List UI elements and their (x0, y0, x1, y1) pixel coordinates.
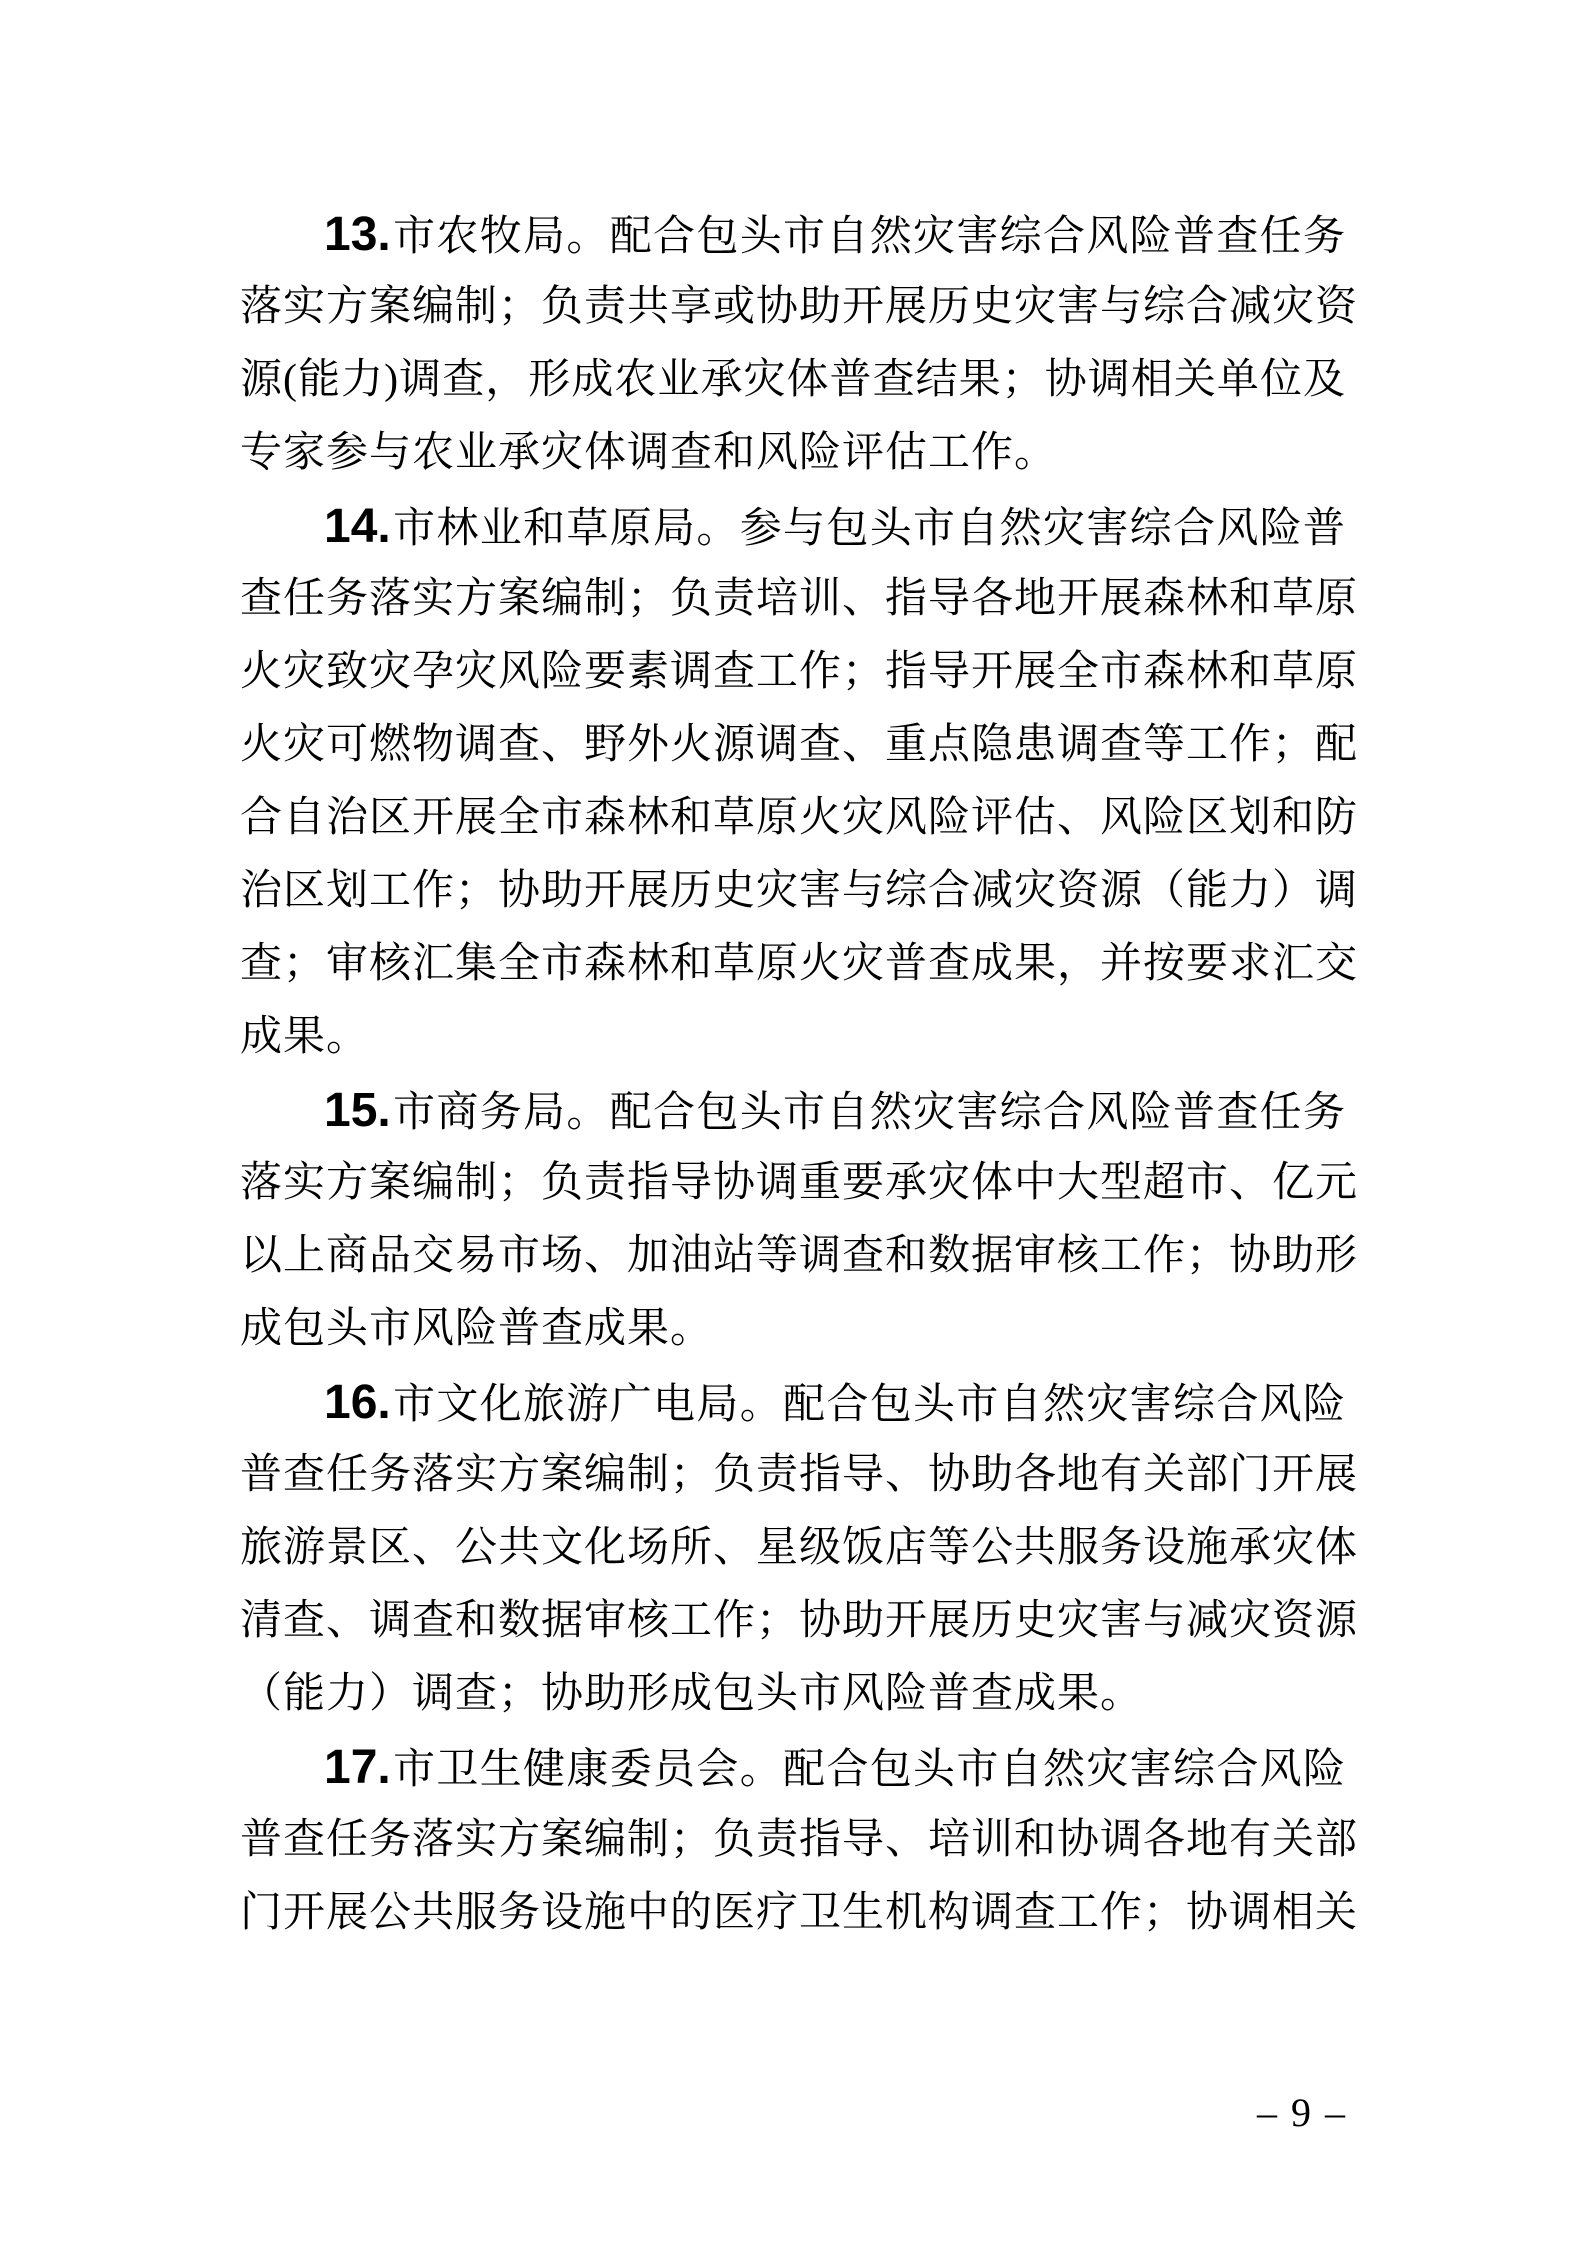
text-line: 落实方案编制；负责共享或协助开展历史灾害与综合减灾资 (240, 271, 1346, 344)
text-line: 普查任务落实方案编制；负责指导、协助各地有关部门开展 (240, 1439, 1346, 1512)
text-line: 成包头市风险普查成果。 (240, 1293, 1346, 1366)
text-line: （能力）调查；协助形成包头市风险普查成果。 (240, 1658, 1346, 1731)
text-line: 17.市卫生健康委员会。配合包头市自然灾害综合风险 (240, 1731, 1346, 1804)
paragraph-17: 17.市卫生健康委员会。配合包头市自然灾害综合风险 普查任务落实方案编制；负责指… (240, 1731, 1346, 1950)
page-number: – 9 – (1257, 2093, 1347, 2133)
document-page: 13.市农牧局。配合包头市自然灾害综合风险普查任务 落实方案编制；负责共享或协助… (0, 0, 1587, 2245)
text-line: 门开展公共服务设施中的医疗卫生机构调查工作；协调相关 (240, 1877, 1346, 1950)
text-segment: 市卫生健康委员会。配合包头市自然灾害综合风险 (393, 1747, 1346, 1793)
text-line: 16.市文化旅游广电局。配合包头市自然灾害综合风险 (240, 1366, 1346, 1439)
paragraph-number: 16. (324, 1376, 393, 1429)
text-line: 清查、调查和数据审核工作；协助开展历史灾害与减灾资源 (240, 1585, 1346, 1658)
text-line: 源(能力)调查，形成农业承灾体普查结果；协调相关单位及 (240, 344, 1346, 417)
paragraph-number: 14. (324, 500, 393, 553)
paragraph-13: 13.市农牧局。配合包头市自然灾害综合风险普查任务 落实方案编制；负责共享或协助… (240, 198, 1346, 490)
text-line: 旅游景区、公共文化场所、星级饭店等公共服务设施承灾体 (240, 1512, 1346, 1585)
text-line: 以上商品交易市场、加油站等调查和数据审核工作；协助形 (240, 1220, 1346, 1293)
document-body: 13.市农牧局。配合包头市自然灾害综合风险普查任务 落实方案编制；负责共享或协助… (240, 198, 1346, 1950)
paragraph-15: 15.市商务局。配合包头市自然灾害综合风险普查任务 落实方案编制；负责指导协调重… (240, 1074, 1346, 1366)
text-line: 成果。 (240, 1001, 1346, 1074)
text-line: 治区划工作；协助开展历史灾害与综合减灾资源（能力）调 (240, 855, 1346, 928)
text-line: 落实方案编制；负责指导协调重要承灾体中大型超市、亿元 (240, 1147, 1346, 1220)
text-line: 查任务落实方案编制；负责培训、指导各地开展森林和草原 (240, 563, 1346, 636)
text-line: 专家参与农业承灾体调查和风险评估工作。 (240, 417, 1346, 490)
paragraph-number: 17. (324, 1741, 393, 1794)
paragraph-number: 15. (324, 1084, 393, 1137)
text-segment: 市商务局。配合包头市自然灾害综合风险普查任务 (393, 1090, 1346, 1136)
paragraph-16: 16.市文化旅游广电局。配合包头市自然灾害综合风险 普查任务落实方案编制；负责指… (240, 1366, 1346, 1731)
text-segment: 市农牧局。配合包头市自然灾害综合风险普查任务 (393, 214, 1346, 260)
text-line: 火灾致灾孕灾风险要素调查工作；指导开展全市森林和草原 (240, 636, 1346, 709)
text-segment: 市文化旅游广电局。配合包头市自然灾害综合风险 (393, 1382, 1346, 1428)
paragraph-14: 14.市林业和草原局。参与包头市自然灾害综合风险普 查任务落实方案编制；负责培训… (240, 490, 1346, 1074)
paragraph-number: 13. (324, 208, 393, 261)
text-line: 13.市农牧局。配合包头市自然灾害综合风险普查任务 (240, 198, 1346, 271)
text-segment: 市林业和草原局。参与包头市自然灾害综合风险普 (393, 506, 1346, 552)
text-line: 15.市商务局。配合包头市自然灾害综合风险普查任务 (240, 1074, 1346, 1147)
text-line: 火灾可燃物调查、野外火源调查、重点隐患调查等工作；配 (240, 709, 1346, 782)
text-line: 合自治区开展全市森林和草原火灾风险评估、风险区划和防 (240, 782, 1346, 855)
text-line: 14.市林业和草原局。参与包头市自然灾害综合风险普 (240, 490, 1346, 563)
text-line: 普查任务落实方案编制；负责指导、培训和协调各地有关部 (240, 1804, 1346, 1877)
text-line: 查；审核汇集全市森林和草原火灾普查成果，并按要求汇交 (240, 928, 1346, 1001)
